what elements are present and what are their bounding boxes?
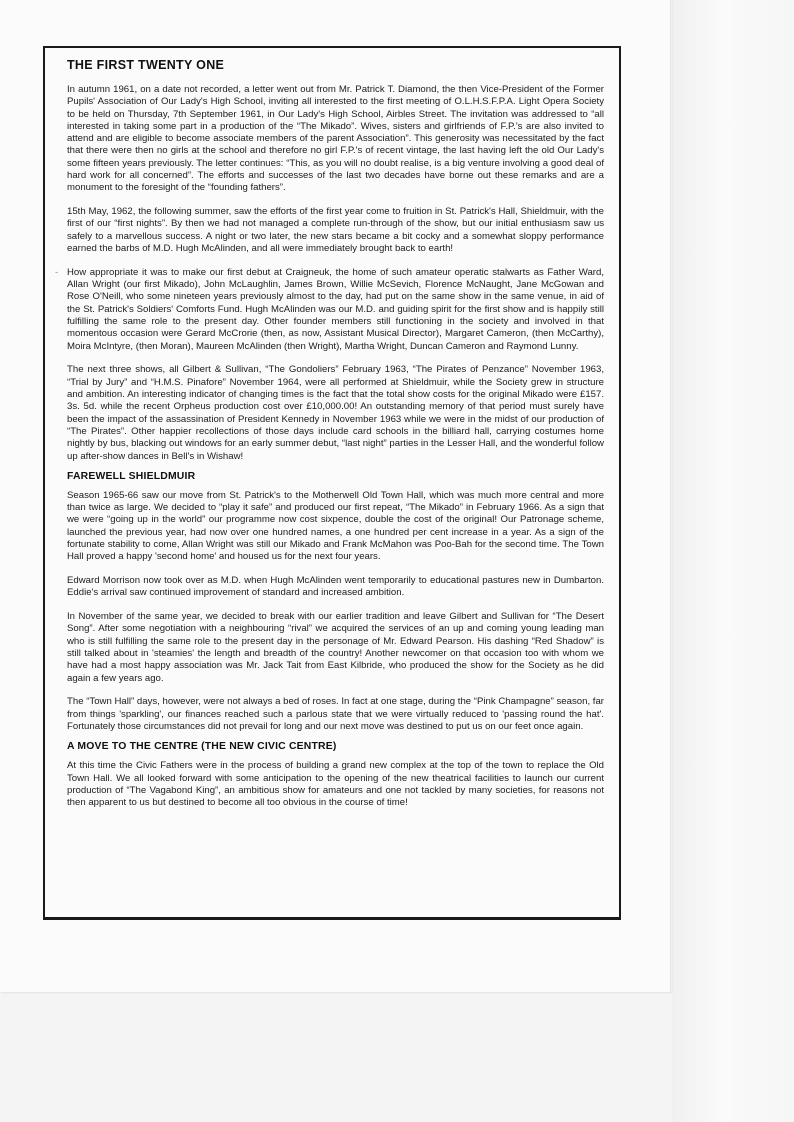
section-heading-move-to-centre: A MOVE TO THE CENTRE (THE NEW CIVIC CENT… [67, 740, 604, 753]
paragraph-next-three-shows: The next three shows, all Gilbert & Sull… [67, 364, 604, 462]
paragraph-edward-morrison: Edward Morrison now took over as M.D. wh… [67, 575, 604, 600]
paragraph-season-1965-66: Season 1965-66 saw our move from St. Pat… [67, 490, 604, 564]
paragraph-craigneuk-wrap: - How appropriate it was to make our fir… [67, 267, 604, 353]
margin-mark: - [55, 267, 58, 279]
paragraph-may-1962: 15th May, 1962, the following summer, sa… [67, 206, 604, 255]
section-heading-farewell-shieldmuir: FAREWELL SHIELDMUIR [67, 470, 604, 483]
paragraph-autumn-1961: In autumn 1961, on a date not recorded, … [67, 84, 604, 195]
paragraph-town-hall-days: The “Town Hall” days, however, were not … [67, 696, 604, 733]
paragraph-civic-fathers: At this time the Civic Fathers were in t… [67, 760, 604, 809]
adjacent-page [672, 0, 794, 1122]
paragraph-craigneuk: How appropriate it was to make our first… [67, 267, 604, 353]
page-fold [670, 0, 672, 992]
paragraph-desert-song: In November of the same year, we decided… [67, 611, 604, 685]
section-heading-first-twenty-one: THE FIRST TWENTY ONE [67, 58, 604, 73]
article-content: THE FIRST TWENTY ONE In autumn 1961, on … [67, 58, 604, 821]
